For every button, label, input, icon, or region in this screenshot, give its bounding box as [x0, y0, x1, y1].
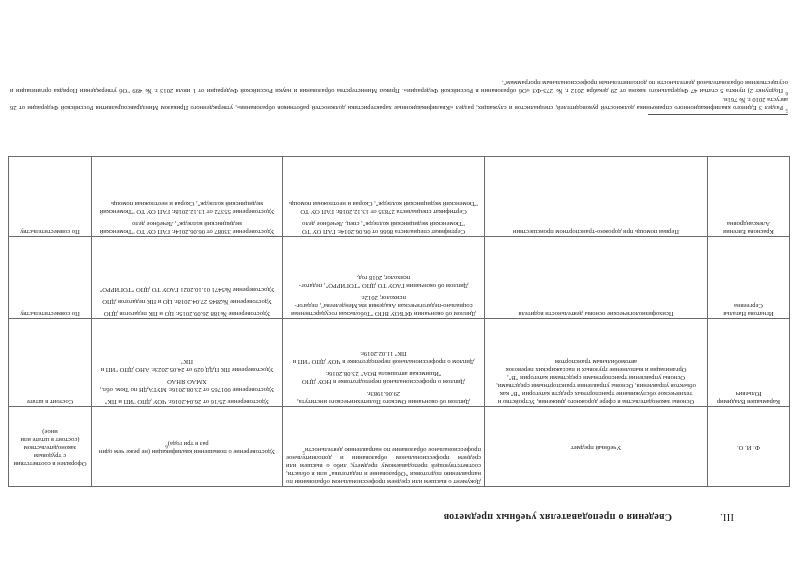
education-document: Диплом о профессиональной переподготовке… [286, 348, 481, 364]
education-document: Сертификат специалиста 8666 от 06.06.201… [286, 219, 481, 235]
footnotes: 5 Раздел 3 Единого квалификационного спр… [10, 78, 788, 111]
table-row: Игнатова Наталья СергеевнаПсихофизиологи… [9, 237, 790, 319]
qualification-document: Удостоверение №5471 01.10.2021 ГАОУ ТО Д… [95, 285, 279, 293]
qualification-document: Удостоверение №2845 27.04.2018г. ЦО и ПК… [95, 297, 279, 305]
education-document: Диплом об окончании ФГБОУ ВПО "Тобольска… [286, 293, 481, 317]
education-document: Диплом об окончании Омского Политехничес… [286, 389, 481, 405]
qualification-document: Удостоверение №188 26.09.2015г. ЦО и ПК … [95, 309, 279, 317]
qualification-document: Удостоверение 001765 от 23.08.2016г. МУГ… [95, 377, 279, 393]
qualification-document: Удостоверение ПК ПДД 029 от 24.05.2023г.… [95, 357, 279, 373]
teacher-name: Краснова Евгения Александровна [708, 157, 790, 237]
education-document: Сертификат специалиста 27835 от 13.12.20… [286, 199, 481, 215]
teacher-education: Диплом об окончании Омского Политехничес… [283, 319, 485, 407]
footnote-text: Раздел 3 Единого квалификационного справ… [10, 96, 788, 111]
footnote-text: Подпункт 2) пункта 5 статьи 47 Федеральн… [10, 79, 788, 94]
footnote-mark: 6 [786, 91, 789, 96]
header-employment: Оформлен в соответствии с трудовым закон… [9, 407, 92, 487]
footnote-5: 5 Раздел 3 Единого квалификационного спр… [10, 94, 788, 111]
teacher-subject: Психофизиологические основы деятельности… [485, 237, 708, 319]
qualification-document: Удостоверение 25/16 от 26.04.2016г. ЧОУ … [95, 397, 279, 405]
teacher-name: Игнатова Наталья Сергеевна [708, 237, 790, 319]
header-education: Документ о высшем или среднем профессион… [283, 407, 485, 487]
teacher-education: Сертификат специалиста 8666 от 06.06.201… [283, 157, 485, 237]
teacher-qualification: Удостоверение 33087 от 06.06.2014г. ГАП … [92, 157, 283, 237]
table-header-row: Ф. И. О. Учебный предмет Документ о высш… [9, 407, 790, 487]
qualification-document: Удостоверение 33087 от 06.06.2014г. ГАП … [95, 219, 279, 235]
section-title: Сведения о преподавателях учебных предме… [443, 511, 672, 522]
section-number: III. [720, 511, 734, 522]
header-subject: Учебный предмет [485, 407, 708, 487]
document-page: III. Сведения о преподавателях учебных п… [0, 0, 800, 566]
footnote-ref-6[interactable]: 6 [165, 443, 168, 448]
teachers-table: Ф. И. О. Учебный предмет Документ о высш… [8, 156, 790, 487]
teacher-qualification: Удостоверение 25/16 от 26.04.2016г. ЧОУ … [92, 319, 283, 407]
teacher-employment: По совместительству [9, 157, 92, 237]
qualification-document: Удостоверение 55372 от 13.12.2018г. ГАП … [95, 199, 279, 215]
teacher-employment: По совместительству [9, 237, 92, 319]
teacher-employment: Состоит в штате [9, 319, 92, 407]
header-qualification: Удостоверение о повышении квалификации (… [92, 407, 283, 487]
teacher-subject: Основы законодательства в сфере дорожног… [485, 319, 708, 407]
education-document: Диплом об окончании ГАОУ ТО ДПО "ТОГИРРО… [286, 273, 481, 289]
footnote-mark: 5 [786, 107, 789, 112]
footnote-separator [648, 114, 788, 115]
teacher-name: Карамышев Владимир Юльевич [708, 319, 790, 407]
teacher-qualification: Удостоверение №188 26.09.2015г. ЦО и ПК … [92, 237, 283, 319]
teacher-subject: Первая помощь при дорожно-транспортном п… [485, 157, 708, 237]
teacher-education: Диплом об окончании ФГБОУ ВПО "Тобольска… [283, 237, 485, 319]
table-row: Краснова Евгения АлександровнаПервая пом… [9, 157, 790, 237]
education-document: Диплом о профессиональной переподготовке… [286, 369, 481, 385]
header-name: Ф. И. О. [708, 407, 790, 487]
table-row: Карамышев Владимир ЮльевичОсновы законод… [9, 319, 790, 407]
footnote-6: 6 Подпункт 2) пункта 5 статьи 47 Федерал… [10, 78, 788, 95]
footnote-ref-5[interactable]: 5 [303, 449, 306, 454]
